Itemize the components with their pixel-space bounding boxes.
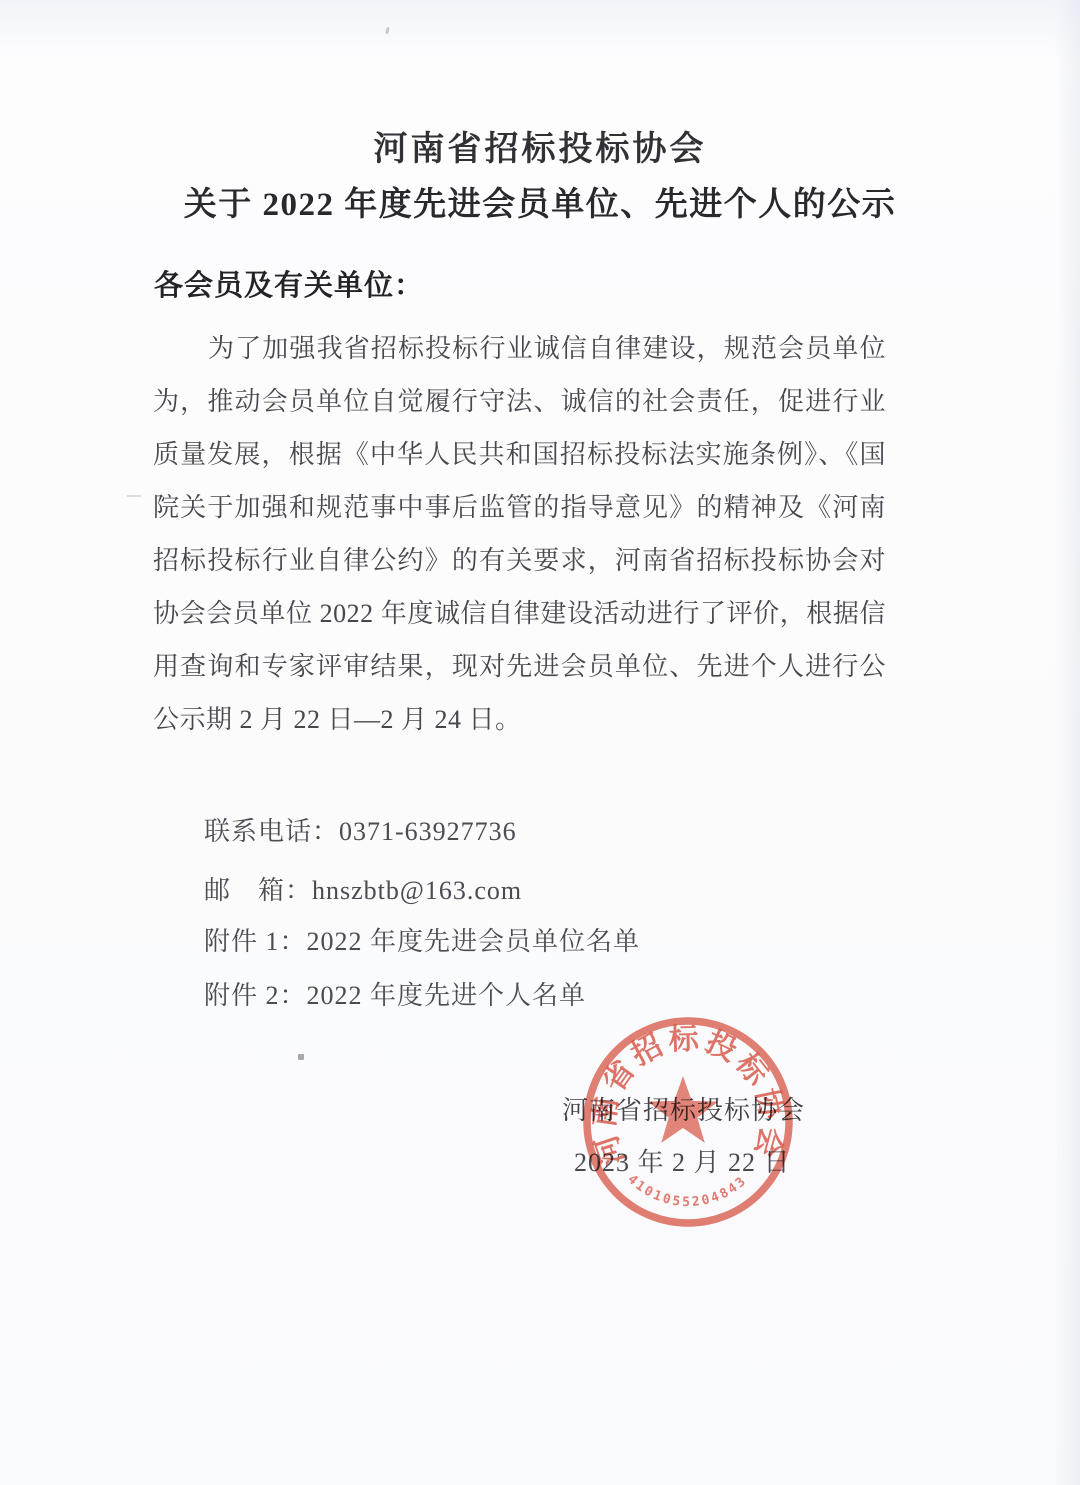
attachment-2-line: 附件 2：2022 年度先进个人名单 <box>204 975 586 1012</box>
contact-phone-line: 联系电话：0371-63927736 <box>204 811 517 848</box>
body-line: 招标投标行业自律公约》的有关要求，河南省招标投标协会对本 <box>153 534 886 587</box>
body-line: 公示期 2 月 22 日—2 月 24 日。 <box>153 693 886 746</box>
scan-speck <box>127 495 141 497</box>
body-line: 院关于加强和规范事中事后监管的指导意见》的精神及《河南省 <box>153 481 886 534</box>
scan-speck <box>385 27 389 34</box>
official-seal-stamp: 河南省招标投标协会 4101055204843 <box>577 1011 799 1233</box>
contact-email-line: 邮 箱：hnszbtb@163.com <box>204 870 522 907</box>
svg-text:4101055204843: 4101055204843 <box>624 1172 750 1210</box>
attachment-1-line: 附件 1：2022 年度先进会员单位名单 <box>204 921 640 958</box>
scan-speck <box>298 1054 304 1060</box>
body-line: 质量发展，根据《中华人民共和国招标投标法实施条例》、《国务 <box>153 428 886 481</box>
body-line: 协会会员单位 2022 年度诚信自律建设活动进行了评价，根据信 <box>153 587 886 640</box>
body-line: 为了加强我省招标投标行业诚信自律建设，规范会员单位行 <box>153 322 886 375</box>
star-icon <box>648 1076 718 1143</box>
body-line: 为，推动会员单位自觉履行守法、诚信的社会责任，促进行业高 <box>153 375 886 428</box>
document-subject-title: 关于 2022 年度先进会员单位、先进个人的公示 <box>0 178 1080 225</box>
body-line: 用查询和专家评审结果，现对先进会员单位、先进个人进行公示， <box>153 640 886 693</box>
document-org-title: 河南省招标投标协会 <box>0 121 1080 170</box>
body-paragraph: 为了加强我省招标投标行业诚信自律建设，规范会员单位行 为，推动会员单位自觉履行守… <box>153 322 886 746</box>
scanned-document-page: 河南省招标投标协会 关于 2022 年度先进会员单位、先进个人的公示 各会员及有… <box>0 0 1080 1485</box>
seal-serial-number: 4101055204843 <box>624 1172 750 1210</box>
salutation-line: 各会员及有关单位： <box>154 263 424 304</box>
